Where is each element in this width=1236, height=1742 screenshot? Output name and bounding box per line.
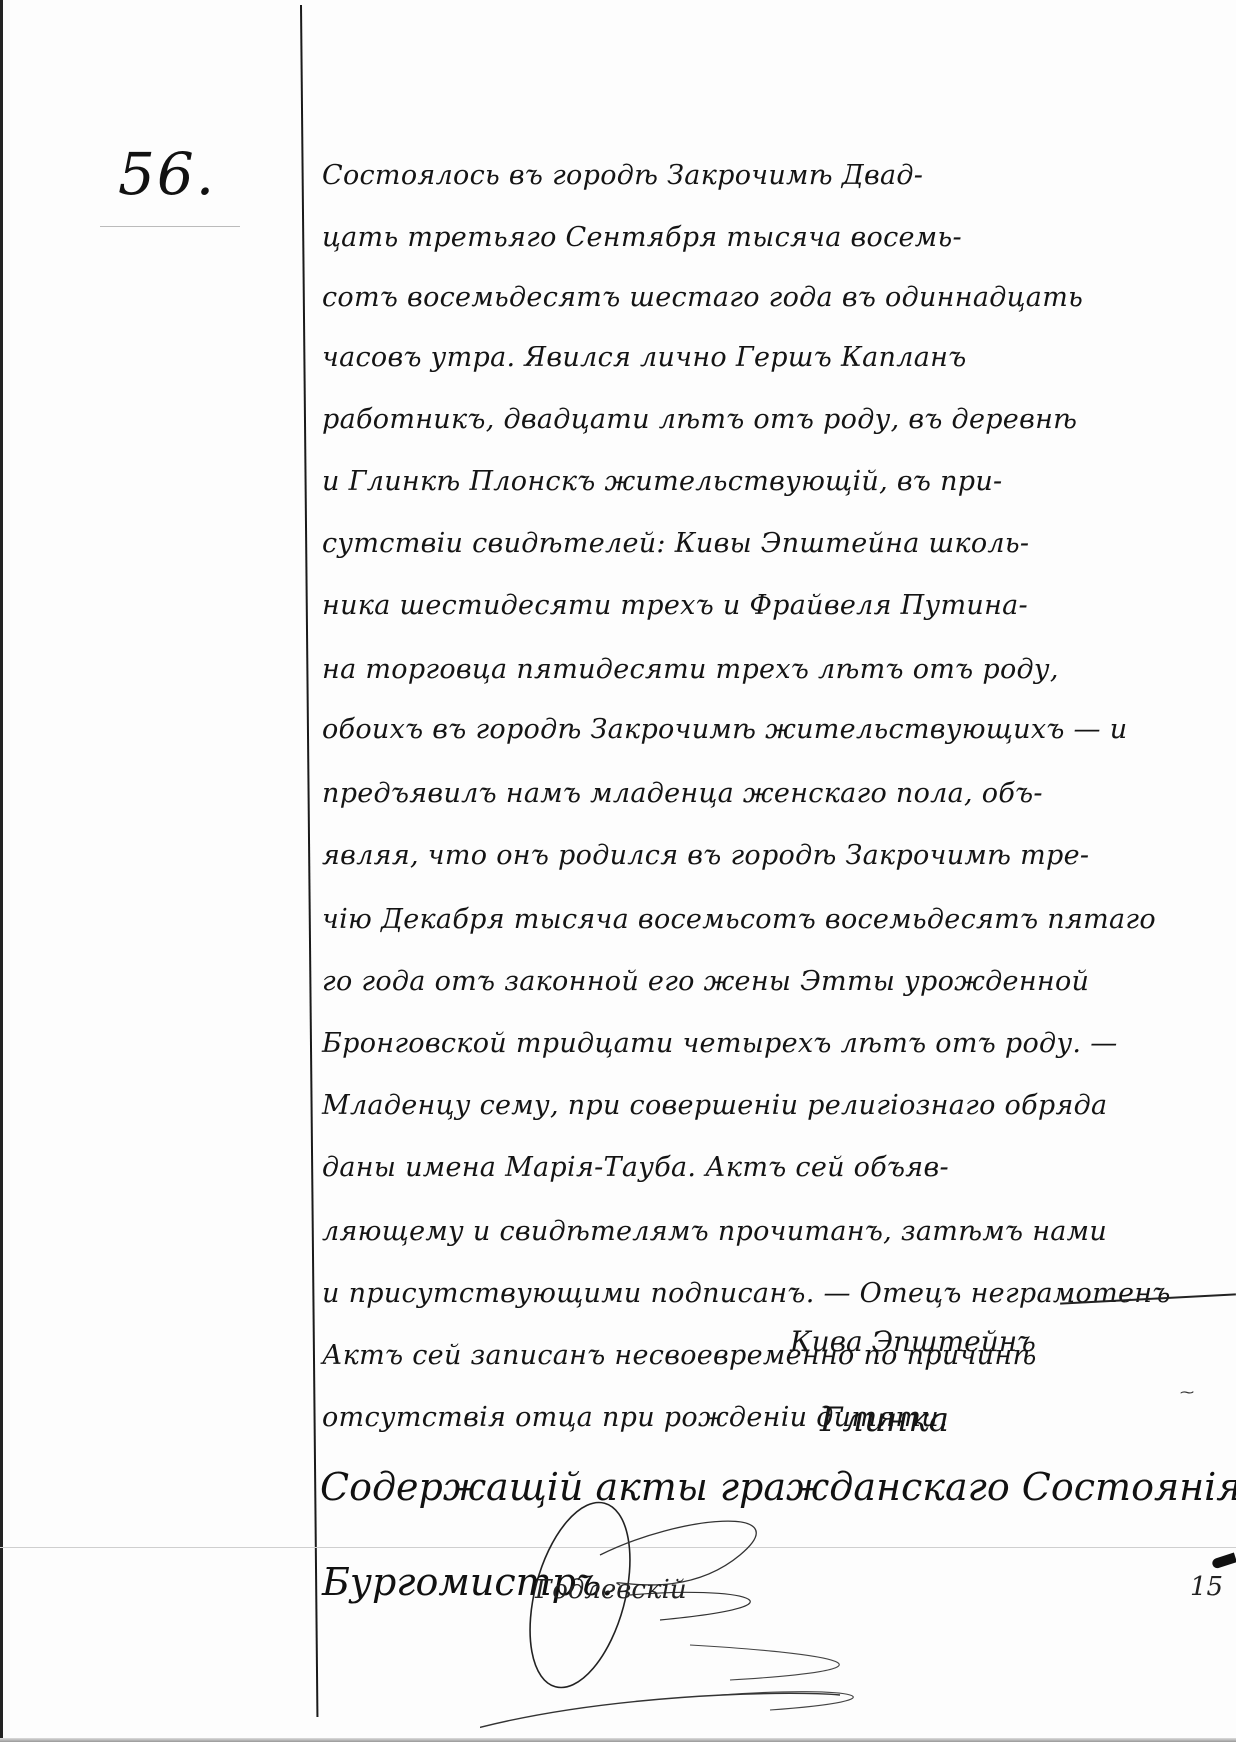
- signature-flourish-icon: [480, 1495, 1040, 1735]
- body-line: являя, что онъ родился въ городѣ Закрочи…: [322, 840, 1089, 871]
- stray-mark: ⁓: [1180, 1385, 1194, 1401]
- body-line: обоихъ въ городѣ Закрочимѣ жительствующи…: [322, 714, 1127, 745]
- body-line: Бронговской тридцати четырехъ лѣтъ отъ р…: [322, 1028, 1118, 1059]
- body-line: цать третьяго Сентября тысяча восемь-: [322, 222, 962, 253]
- witness-signature-glinka: Глинка: [820, 1400, 949, 1440]
- body-line: ляющему и свидѣтелямъ прочитанъ, затѣмъ …: [322, 1216, 1107, 1247]
- body-line: Состоялось въ городѣ Закрочимѣ Двад-: [322, 160, 923, 191]
- body-line: даны имена Марія-Тауба. Актъ сей объяв-: [322, 1152, 949, 1183]
- body-line: ника шестидесяти трехъ и Фрайвеля Путина…: [322, 590, 1028, 621]
- body-line: сотъ восемьдесятъ шестаго года въ одинна…: [322, 282, 1083, 313]
- page-number-mark: 15: [1190, 1572, 1223, 1602]
- body-line: го года отъ законной его жены Этты урожд…: [322, 966, 1089, 997]
- body-line: работникъ, двадцати лѣтъ отъ роду, въ де…: [322, 404, 1077, 435]
- witness-signature-kiva: Кива Эпштейнъ: [790, 1325, 1036, 1358]
- page-mark-stroke: [1211, 1553, 1236, 1570]
- record-number-underline: [100, 226, 240, 227]
- body-line: сутствіи свидѣтелей: Кивы Эпштейна школь…: [322, 528, 1029, 559]
- body-line: и Глинкѣ Плонскъ жительствующій, въ при-: [322, 466, 1002, 497]
- margin-rule-line: [300, 5, 318, 1717]
- body-line: Младенцу сему, при совершеніи религіозна…: [322, 1090, 1107, 1121]
- document-page: 56. Состоялось въ городѣ Закрочимѣ Двад-…: [0, 0, 1236, 1742]
- record-number: 56.: [118, 140, 216, 208]
- body-line: часовъ утра. Явился лично Гершъ Капланъ: [322, 342, 967, 373]
- body-line: на торговца пятидесяти трехъ лѣтъ отъ ро…: [322, 654, 1059, 685]
- body-line: и присутствующими подписанъ. — Отецъ нег…: [322, 1278, 1171, 1309]
- official-signature: Годлевскій: [535, 1575, 687, 1605]
- scan-bottom-edge: [0, 1738, 1236, 1742]
- body-line: предъявилъ намъ младенца женскаго пола, …: [322, 778, 1043, 809]
- body-line: чію Декабря тысяча восемьсотъ восемьдеся…: [322, 904, 1156, 935]
- scan-left-edge: [0, 0, 3, 1742]
